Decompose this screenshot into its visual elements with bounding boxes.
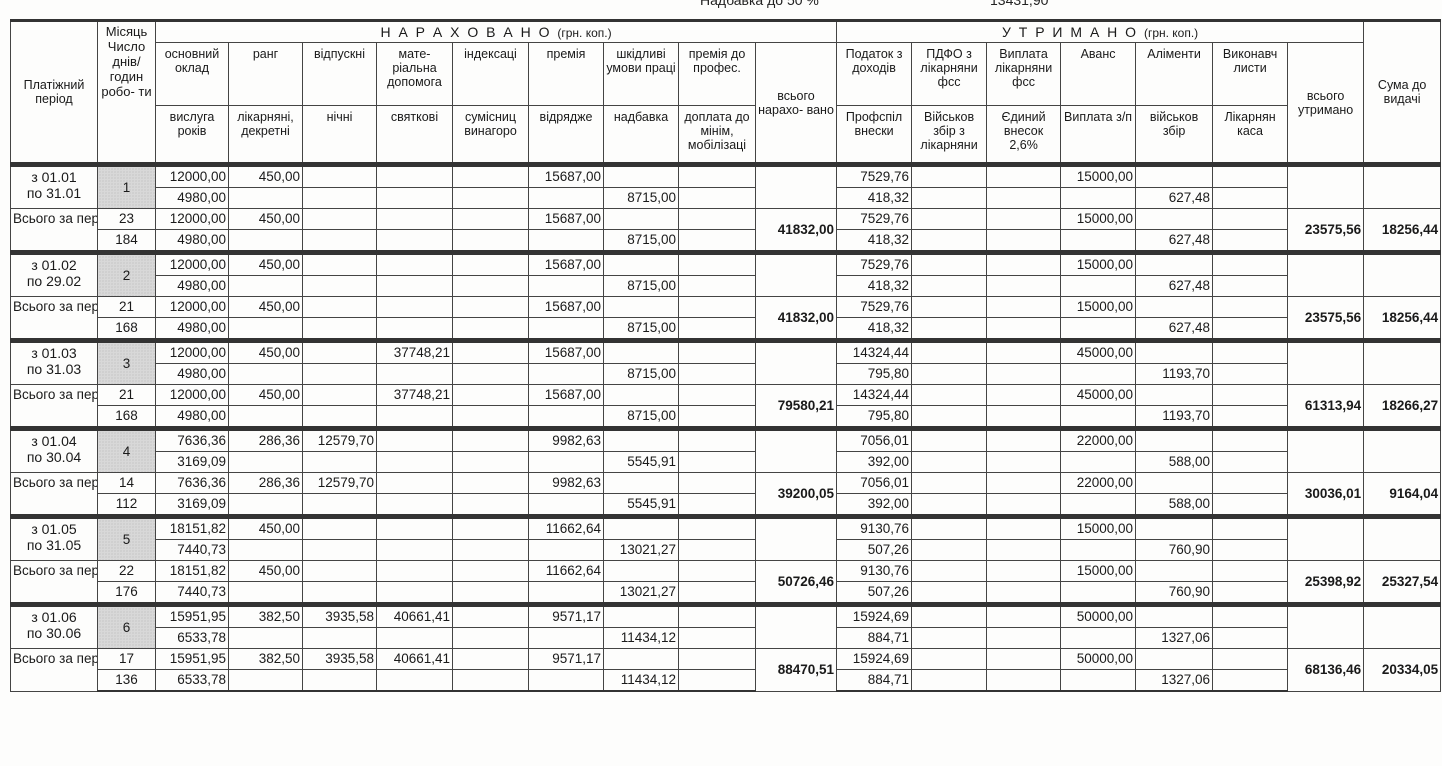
withheld-cell: [987, 517, 1061, 540]
accrued-cell: 5545,91: [604, 494, 679, 517]
period-range: з 01.01по 31.01: [11, 165, 98, 209]
withheld-cell: [987, 582, 1061, 605]
withheld-cell: 795,80: [837, 364, 912, 385]
accrued-cell: [303, 385, 377, 406]
withheld-cell: [1213, 628, 1288, 649]
withheld-cell: [1213, 540, 1288, 561]
accrued-cell: 286,36: [229, 429, 303, 452]
accrued-cell: [453, 297, 529, 318]
col-accrued-bottom-4: сумісниц винагоро: [453, 106, 529, 165]
accrued-cell: [229, 582, 303, 605]
accrued-cell: 15951,95: [156, 649, 229, 670]
col-accrued-bottom-1: лікарняні, декретні: [229, 106, 303, 165]
total-label: Всього за період: [11, 385, 98, 429]
accrued-cell: 6533,78: [156, 628, 229, 649]
accrued-cell: 450,00: [229, 253, 303, 276]
col-month-days: Місяць Число днів/ годин робо- ти: [98, 21, 156, 165]
days-worked: 14: [98, 473, 156, 494]
accrued-cell: [529, 628, 604, 649]
period-range: з 01.05по 31.05: [11, 517, 98, 561]
col-withheld-top-5: Виконавч листи: [1213, 43, 1288, 106]
withheld-cell: [1136, 253, 1213, 276]
accrued-cell: [377, 494, 453, 517]
withheld-cell: [1213, 188, 1288, 209]
accrued-cell: 9982,63: [529, 429, 604, 452]
withheld-cell: [1213, 582, 1288, 605]
accrued-cell: [377, 582, 453, 605]
withheld-total: 25398,92: [1288, 561, 1364, 605]
accrued-cell: [303, 561, 377, 582]
accrued-cell: [453, 452, 529, 473]
accrued-cell: [679, 364, 756, 385]
hours-worked: 168: [98, 406, 156, 429]
accrued-cell: [453, 628, 529, 649]
accrued-cell: [453, 494, 529, 517]
col-accrued-top-3: мате- ріальна допомога: [377, 43, 453, 106]
net-pay: 9164,04: [1364, 473, 1441, 517]
table-row: 1684980,008715,00795,801193,70: [11, 406, 1441, 429]
accrued-cell: 9982,63: [529, 473, 604, 494]
accrued-cell: 382,50: [229, 605, 303, 628]
col-net-pay: Сума до видачі: [1364, 21, 1441, 165]
table-row: з 01.05по 31.05518151,82450,0011662,6491…: [11, 517, 1441, 540]
withheld-cell: 45000,00: [1061, 341, 1136, 364]
accrued-cell: [453, 517, 529, 540]
accrued-cell: [229, 406, 303, 429]
accrued-cell: [453, 253, 529, 276]
table-row: з 01.02по 29.02212000,00450,0015687,0075…: [11, 253, 1441, 276]
accrued-cell: [377, 276, 453, 297]
withheld-cell: [1213, 364, 1288, 385]
accrued-total-empty: [756, 429, 837, 473]
period-range: з 01.02по 29.02: [11, 253, 98, 297]
withheld-cell: 884,71: [837, 670, 912, 692]
net-pay: 18266,27: [1364, 385, 1441, 429]
withheld-cell: [1061, 494, 1136, 517]
withheld-cell: [987, 540, 1061, 561]
accrued-cell: 15687,00: [529, 253, 604, 276]
accrued-total: 41832,00: [756, 297, 837, 341]
accrued-total-empty: [756, 341, 837, 385]
table-row: 3169,095545,91392,00588,00: [11, 452, 1441, 473]
withheld-cell: [1213, 670, 1288, 692]
withheld-cell: [987, 230, 1061, 253]
accrued-cell: 15951,95: [156, 605, 229, 628]
withheld-cell: [1213, 561, 1288, 582]
withheld-cell: [1136, 517, 1213, 540]
withheld-cell: [912, 385, 987, 406]
withheld-total-empty: [1288, 253, 1364, 297]
accrued-cell: 450,00: [229, 561, 303, 582]
accrued-cell: [529, 406, 604, 429]
accrued-cell: [377, 429, 453, 452]
accrued-cell: [679, 582, 756, 605]
accrued-total-empty: [756, 165, 837, 209]
accrued-cell: [229, 628, 303, 649]
accrued-cell: [453, 540, 529, 561]
month-number: 3: [98, 341, 156, 385]
days-worked: 21: [98, 385, 156, 406]
accrued-cell: [679, 253, 756, 276]
period-range: з 01.06по 30.06: [11, 605, 98, 649]
accrued-cell: 450,00: [229, 341, 303, 364]
accrued-cell: [453, 230, 529, 253]
accrued-cell: 3169,09: [156, 494, 229, 517]
withheld-cell: 14324,44: [837, 385, 912, 406]
accrued-cell: [529, 670, 604, 692]
withheld-cell: [1061, 276, 1136, 297]
withheld-cell: 1327,06: [1136, 628, 1213, 649]
accrued-cell: [377, 628, 453, 649]
accrued-cell: [377, 406, 453, 429]
accrued-cell: 8715,00: [604, 230, 679, 253]
col-accrued-bottom-7: доплата до мінім, мобілізаці: [679, 106, 756, 165]
accrued-cell: [529, 452, 604, 473]
accrued-cell: 450,00: [229, 209, 303, 230]
accrued-cell: [377, 452, 453, 473]
table-row: 7440,7313021,27507,26760,90: [11, 540, 1441, 561]
period-to: по 29.02: [13, 273, 95, 289]
withheld-cell: [987, 670, 1061, 692]
accrued-cell: 37748,21: [377, 385, 453, 406]
col-accrued-top-4: індексаці: [453, 43, 529, 106]
accrued-cell: [453, 473, 529, 494]
withheld-cell: [987, 628, 1061, 649]
accrued-cell: [303, 540, 377, 561]
table-row: Всього за період147636,36286,3612579,709…: [11, 473, 1441, 494]
period-to: по 31.03: [13, 361, 95, 377]
withheld-cell: [912, 188, 987, 209]
accrued-cell: [604, 209, 679, 230]
table-row: Всього за період2112000,00450,0037748,21…: [11, 385, 1441, 406]
accrued-cell: 7636,36: [156, 429, 229, 452]
withheld-cell: 15000,00: [1061, 561, 1136, 582]
accrued-cell: 450,00: [229, 165, 303, 188]
table-row: Всього за період1715951,95382,503935,584…: [11, 649, 1441, 670]
accrued-cell: 11662,64: [529, 561, 604, 582]
withheld-cell: [987, 364, 1061, 385]
accrued-total: 88470,51: [756, 649, 837, 692]
col-withheld-top-3: Аванс: [1061, 43, 1136, 106]
accrued-cell: [377, 165, 453, 188]
accrued-cell: 8715,00: [604, 276, 679, 297]
accrued-cell: 11434,12: [604, 628, 679, 649]
accrued-cell: [453, 605, 529, 628]
withheld-group-title: У Т Р И М А Н О: [1002, 24, 1138, 40]
withheld-cell: 7529,76: [837, 165, 912, 188]
accrued-cell: [453, 670, 529, 692]
top-note-label: Надбавка до 50 %: [700, 0, 819, 8]
withheld-cell: [912, 209, 987, 230]
days-worked: 22: [98, 561, 156, 582]
withheld-cell: [1061, 230, 1136, 253]
accrued-cell: 6533,78: [156, 670, 229, 692]
accrued-cell: [303, 628, 377, 649]
withheld-cell: [912, 473, 987, 494]
period-range: з 01.03по 31.03: [11, 341, 98, 385]
withheld-cell: 1193,70: [1136, 364, 1213, 385]
accrued-cell: [453, 649, 529, 670]
withheld-total: 61313,94: [1288, 385, 1364, 429]
accrued-cell: 12000,00: [156, 341, 229, 364]
withheld-cell: [1213, 341, 1288, 364]
table-header: Платіжний період Місяць Число днів/ годи…: [11, 21, 1441, 165]
accrued-cell: [377, 230, 453, 253]
withheld-total: 30036,01: [1288, 473, 1364, 517]
accrued-total-empty: [756, 605, 837, 649]
withheld-total-empty: [1288, 517, 1364, 561]
hours-worked: 136: [98, 670, 156, 692]
withheld-cell: 7056,01: [837, 429, 912, 452]
withheld-cell: 588,00: [1136, 452, 1213, 473]
accrued-cell: [679, 276, 756, 297]
accrued-cell: [229, 230, 303, 253]
table-row: 4980,008715,00418,32627,48: [11, 276, 1441, 297]
withheld-cell: [1213, 165, 1288, 188]
accrued-cell: 4980,00: [156, 364, 229, 385]
accrued-cell: [377, 318, 453, 341]
accrued-cell: [529, 188, 604, 209]
withheld-cell: [1061, 406, 1136, 429]
withheld-cell: 7529,76: [837, 253, 912, 276]
accrued-cell: [604, 429, 679, 452]
accrued-cell: 8715,00: [604, 318, 679, 341]
withheld-cell: [987, 605, 1061, 628]
accrued-cell: 4980,00: [156, 406, 229, 429]
accrued-cell: [377, 517, 453, 540]
days-worked: 23: [98, 209, 156, 230]
withheld-total: 23575,56: [1288, 297, 1364, 341]
withheld-cell: [1061, 188, 1136, 209]
accrued-cell: 12000,00: [156, 165, 229, 188]
accrued-cell: [529, 540, 604, 561]
withheld-cell: [1136, 473, 1213, 494]
accrued-cell: [604, 561, 679, 582]
table-row: 1844980,008715,00418,32627,48: [11, 230, 1441, 253]
accrued-cell: 8715,00: [604, 188, 679, 209]
accrued-cell: [529, 276, 604, 297]
accrued-cell: [303, 517, 377, 540]
period-to: по 31.01: [13, 185, 95, 201]
withheld-total: 23575,56: [1288, 209, 1364, 253]
table-row: 1767440,7313021,27507,26760,90: [11, 582, 1441, 605]
col-accrued-bottom-5: відрядже: [529, 106, 604, 165]
accrued-cell: [679, 429, 756, 452]
withheld-cell: 15924,69: [837, 649, 912, 670]
accrued-cell: 382,50: [229, 649, 303, 670]
accrued-cell: [679, 670, 756, 692]
accrued-cell: 7636,36: [156, 473, 229, 494]
col-withheld-bottom-0: Профспіл внески: [837, 106, 912, 165]
accrued-group-header: Н А Р А Х О В А Н О (грн. коп.): [156, 21, 837, 43]
accrued-cell: 4980,00: [156, 230, 229, 253]
withheld-cell: [1061, 582, 1136, 605]
withheld-cell: 418,32: [837, 230, 912, 253]
withheld-cell: 795,80: [837, 406, 912, 429]
accrued-cell: 18151,82: [156, 561, 229, 582]
accrued-cell: [679, 406, 756, 429]
days-worked: 21: [98, 297, 156, 318]
withheld-cell: 50000,00: [1061, 605, 1136, 628]
accrued-cell: 4980,00: [156, 318, 229, 341]
withheld-cell: [912, 297, 987, 318]
withheld-total: 68136,46: [1288, 649, 1364, 692]
withheld-cell: [1061, 452, 1136, 473]
withheld-cell: [912, 318, 987, 341]
days-worked: 17: [98, 649, 156, 670]
hours-worked: 184: [98, 230, 156, 253]
accrued-total-empty: [756, 517, 837, 561]
withheld-cell: [1213, 429, 1288, 452]
withheld-cell: 9130,76: [837, 561, 912, 582]
withheld-cell: [912, 540, 987, 561]
table-row: 4980,008715,00418,32627,48: [11, 188, 1441, 209]
withheld-cell: [1213, 253, 1288, 276]
withheld-cell: [1061, 628, 1136, 649]
period-from: з 01.03: [13, 345, 95, 361]
accrued-cell: [529, 494, 604, 517]
accrued-cell: [377, 540, 453, 561]
accrued-cell: 15687,00: [529, 385, 604, 406]
col-accrued-bottom-3: святкові: [377, 106, 453, 165]
withheld-cell: 627,48: [1136, 188, 1213, 209]
accrued-cell: 15687,00: [529, 209, 604, 230]
net-pay-empty: [1364, 253, 1441, 297]
withheld-cell: 760,90: [1136, 582, 1213, 605]
net-pay-empty: [1364, 429, 1441, 473]
accrued-cell: [377, 473, 453, 494]
net-pay-empty: [1364, 605, 1441, 649]
withheld-cell: [912, 452, 987, 473]
accrued-cell: [303, 670, 377, 692]
accrued-cell: [529, 318, 604, 341]
net-pay: 25327,54: [1364, 561, 1441, 605]
accrued-group-title: Н А Р А Х О В А Н О: [380, 24, 551, 40]
withheld-cell: [912, 253, 987, 276]
total-label: Всього за період: [11, 473, 98, 517]
withheld-cell: [1213, 649, 1288, 670]
withheld-cell: 15000,00: [1061, 165, 1136, 188]
accrued-cell: 15687,00: [529, 341, 604, 364]
accrued-cell: [679, 341, 756, 364]
table-row: Всього за період2312000,00450,0015687,00…: [11, 209, 1441, 230]
col-accrued-top-0: основний оклад: [156, 43, 229, 106]
accrued-cell: [679, 517, 756, 540]
withheld-cell: 507,26: [837, 540, 912, 561]
accrued-cell: 12000,00: [156, 297, 229, 318]
accrued-cell: 12579,70: [303, 429, 377, 452]
accrued-cell: 12000,00: [156, 209, 229, 230]
withheld-cell: [912, 429, 987, 452]
withheld-cell: [912, 649, 987, 670]
withheld-cell: [987, 429, 1061, 452]
accrued-cell: 5545,91: [604, 452, 679, 473]
period-from: з 01.01: [13, 169, 95, 185]
withheld-cell: [1213, 494, 1288, 517]
withheld-cell: 418,32: [837, 188, 912, 209]
period-from: з 01.04: [13, 433, 95, 449]
accrued-cell: 18151,82: [156, 517, 229, 540]
withheld-cell: [1061, 364, 1136, 385]
withheld-cell: 14324,44: [837, 341, 912, 364]
withheld-cell: [1213, 473, 1288, 494]
withheld-cell: [912, 494, 987, 517]
month-number: 4: [98, 429, 156, 473]
table-row: з 01.01по 31.01112000,00450,0015687,0075…: [11, 165, 1441, 188]
accrued-cell: 450,00: [229, 517, 303, 540]
accrued-cell: [679, 649, 756, 670]
withheld-cell: [912, 605, 987, 628]
withheld-cell: [1061, 318, 1136, 341]
accrued-cell: [604, 649, 679, 670]
withheld-cell: 7529,76: [837, 297, 912, 318]
accrued-cell: [453, 385, 529, 406]
withheld-cell: [912, 364, 987, 385]
total-label: Всього за період: [11, 561, 98, 605]
net-pay-empty: [1364, 341, 1441, 385]
accrued-cell: [229, 276, 303, 297]
withheld-cell: 627,48: [1136, 230, 1213, 253]
withheld-cell: [987, 276, 1061, 297]
withheld-cell: [987, 188, 1061, 209]
accrued-cell: [453, 406, 529, 429]
withheld-cell: [912, 628, 987, 649]
withheld-cell: 7529,76: [837, 209, 912, 230]
col-accrued-top-1: ранг: [229, 43, 303, 106]
withheld-cell: [1213, 406, 1288, 429]
period-from: з 01.06: [13, 609, 95, 625]
accrued-cell: [453, 209, 529, 230]
withheld-cell: 15000,00: [1061, 517, 1136, 540]
col-period: Платіжний період: [11, 21, 98, 165]
col-withheld-bottom-3: Виплата з/п: [1061, 106, 1136, 165]
top-note: Надбавка до 50 % 13431,90: [700, 0, 819, 8]
accrued-cell: 11434,12: [604, 670, 679, 692]
month-number: 6: [98, 605, 156, 649]
accrued-cell: [303, 276, 377, 297]
withheld-cell: [987, 561, 1061, 582]
accrued-cell: [604, 341, 679, 364]
accrued-cell: [303, 165, 377, 188]
withheld-cell: 45000,00: [1061, 385, 1136, 406]
month-number: 2: [98, 253, 156, 297]
col-withheld-top-4: Аліменти: [1136, 43, 1213, 106]
withheld-cell: [912, 341, 987, 364]
withheld-cell: [912, 165, 987, 188]
withheld-total-empty: [1288, 165, 1364, 209]
accrued-cell: [377, 670, 453, 692]
month-number: 5: [98, 517, 156, 561]
withheld-cell: [1213, 230, 1288, 253]
withheld-group-header: У Т Р И М А Н О (грн. коп.): [837, 21, 1364, 43]
withheld-cell: 760,90: [1136, 540, 1213, 561]
withheld-cell: [987, 406, 1061, 429]
withheld-total-empty: [1288, 605, 1364, 649]
accrued-cell: [679, 494, 756, 517]
table-row: Всього за період2218151,82450,0011662,64…: [11, 561, 1441, 582]
col-accrued-bottom-2: нічні: [303, 106, 377, 165]
table-body: з 01.01по 31.01112000,00450,0015687,0075…: [11, 165, 1441, 692]
hours-worked: 168: [98, 318, 156, 341]
withheld-cell: 392,00: [837, 452, 912, 473]
accrued-cell: [303, 230, 377, 253]
col-accrued-top-2: відпускні: [303, 43, 377, 106]
withheld-cell: 50000,00: [1061, 649, 1136, 670]
col-withheld-top-2: Виплата лікарняни фсс: [987, 43, 1061, 106]
accrued-total-empty: [756, 253, 837, 297]
accrued-cell: [679, 318, 756, 341]
accrued-cell: [303, 297, 377, 318]
